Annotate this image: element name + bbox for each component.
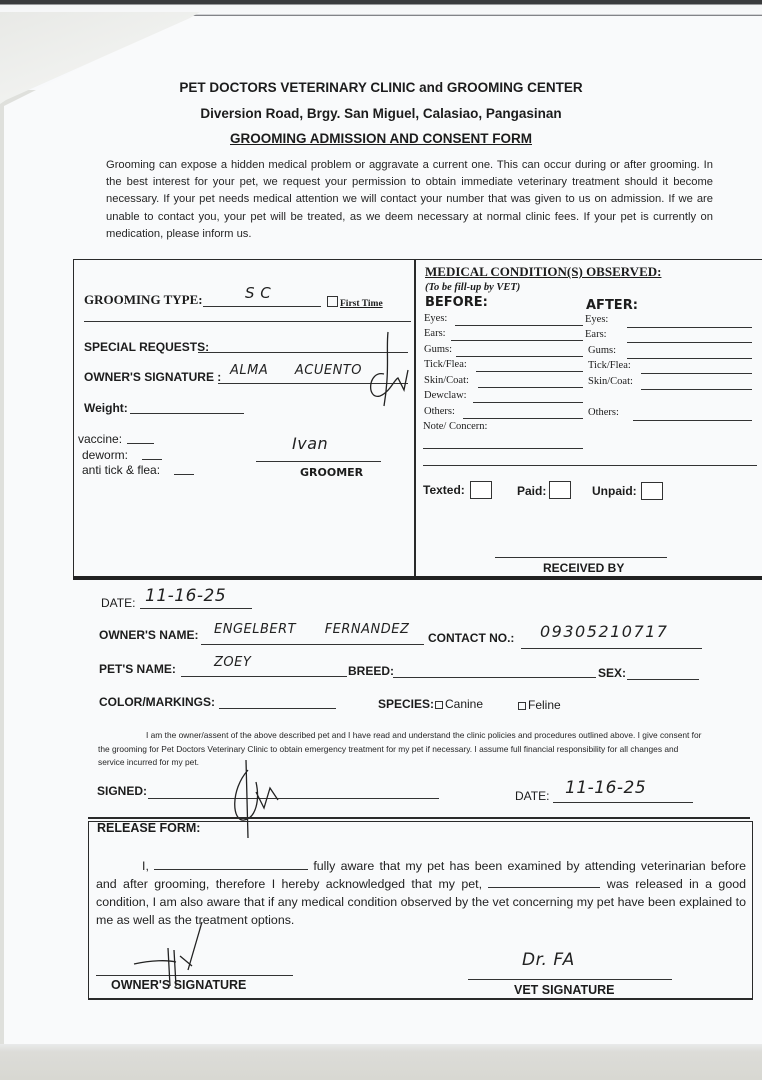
groomer-field[interactable]: Ivan [292,434,328,453]
release-top-rule [88,817,750,819]
intro-paragraph: Grooming can expose a hidden medical pro… [106,157,713,243]
release-prefix: I, [142,859,149,873]
signed-label: SIGNED: [97,784,147,798]
before-field-label: Others: [424,406,455,417]
owner-name-field[interactable]: ENGELBERT FERNANDEZ [214,622,409,637]
after-field-input[interactable] [627,358,752,359]
contact-line [521,648,702,649]
medical-title: MEDICAL CONDITION(S) OBSERVED: [425,264,661,280]
received-by-line[interactable] [495,557,667,558]
release-paragraph: I, fully aware that my pet has been exam… [96,857,746,929]
species-feline-option[interactable]: Feline [518,698,561,712]
groomer-label: GROOMER [300,466,363,479]
contact-field[interactable]: 09305210717 [540,622,668,641]
form-title: GROOMING ADMISSION AND CONSENT FORM [0,131,762,146]
paid-checkbox[interactable] [549,481,571,499]
before-heading: BEFORE: [425,295,488,310]
after-field-label: Others: [588,407,619,418]
weight-label: Weight: [84,401,128,415]
color-field[interactable] [219,708,336,709]
checkbox-icon [518,702,526,710]
after-heading: AFTER: [586,298,638,313]
vaccine-label: vaccine: [78,432,122,446]
first-time-label: First Time [340,299,383,309]
scanner-bottom-edge [0,1044,762,1080]
color-label: COLOR/MARKINGS: [99,695,215,709]
clinic-address: Diversion Road, Brgy. San Miguel, Calasi… [0,106,762,121]
special-requests-label: SPECIAL REQUESTS: [84,340,209,354]
species-canine-option[interactable]: Canine [435,697,483,711]
after-field-input[interactable] [633,420,752,421]
before-field-label: Gums: [424,344,452,355]
owner-name-label: OWNER'S NAME: [99,628,199,642]
first-time-checkbox[interactable]: First Time [327,296,383,309]
before-field-label: Skin/Coat: [424,375,469,386]
sex-field[interactable] [627,679,699,680]
release-pet-name-field[interactable] [488,876,600,888]
after-field-label: Gums: [588,345,616,356]
before-field-input[interactable] [456,356,583,357]
consent-date-field[interactable]: 11-16-25 [565,778,646,798]
release-title: RELEASE FORM: [97,821,200,835]
after-field-input[interactable] [627,342,752,343]
section-divider [414,259,416,576]
note-concern-label: Note/ Concern: [423,421,487,432]
groomer-line [256,461,381,462]
before-field-input[interactable] [473,402,583,403]
sex-label: SEX: [598,666,626,680]
before-field-label: Dewclaw: [424,390,467,401]
weight-field[interactable] [130,413,244,414]
consent-paragraph: I am the owner/assent of the above descr… [98,729,704,770]
after-field-label: Eyes: [585,314,608,325]
signature-scribble-icon [360,330,410,410]
grooming-type-label: GROOMING TYPE: [84,292,203,308]
consent-date-label: DATE: [515,789,549,803]
checkbox-icon [435,701,443,709]
after-field-label: Skin/Coat: [588,376,633,387]
vet-signature-label: VET SIGNATURE [514,983,614,997]
after-field-input[interactable] [627,327,752,328]
unpaid-label: Unpaid: [592,484,637,498]
after-field-input[interactable] [641,373,752,374]
date-line [140,608,252,609]
texted-label: Texted: [423,483,465,497]
before-field-input[interactable] [478,387,583,388]
pet-name-field[interactable]: ZOEY [214,655,251,670]
owner-signature-field[interactable]: ALMA ACUENTO [230,363,362,378]
canine-label: Canine [445,697,483,711]
feline-label: Feline [528,698,561,712]
pet-name-label: PET'S NAME: [99,662,176,676]
checkbox-icon [327,296,338,307]
before-field-input[interactable] [463,418,583,419]
vet-signature-line [468,979,672,980]
date-field[interactable]: 11-16-25 [145,586,226,606]
before-field-input[interactable] [455,325,583,326]
clinic-name: PET DOCTORS VETERINARY CLINIC and GROOMI… [0,80,762,95]
date-label: DATE: [101,596,135,610]
consent-date-line [553,802,693,803]
owner-signature-label: OWNER'S SIGNATURE : [84,370,221,384]
note-line-2[interactable] [423,465,757,466]
deworm-label: deworm: [82,448,128,462]
anti-tick-field[interactable] [174,474,194,475]
before-field-label: Tick/Flea: [424,359,467,370]
medical-subtitle: (To be fill-up by VET) [425,282,520,293]
before-field-input[interactable] [476,371,583,372]
vet-signature-field[interactable]: Dr. FA [522,950,575,970]
release-owner-name-field[interactable] [154,858,308,870]
owner-name-line [201,644,424,645]
unpaid-checkbox[interactable] [641,482,663,500]
before-field-label: Eyes: [424,313,447,324]
pet-name-line [181,676,347,677]
deworm-field[interactable] [142,459,162,460]
release-owner-signature-label: OWNER'S SIGNATURE [111,978,246,992]
anti-tick-label: anti tick & flea: [82,463,160,477]
after-field-input[interactable] [641,389,752,390]
breed-label: BREED: [348,664,394,678]
species-label: SPECIES: [378,697,434,711]
grooming-type-line [203,306,321,307]
contact-label: CONTACT NO.: [428,631,514,645]
grooming-type-line-2 [84,321,411,322]
after-field-label: Ears: [585,329,607,340]
section-rule [73,576,762,579]
grooming-type-field[interactable]: S C [245,284,271,302]
paid-label: Paid: [517,484,546,498]
after-field-label: Tick/Flea: [588,360,631,371]
texted-checkbox[interactable] [470,481,492,499]
breed-field[interactable] [393,677,596,678]
consent-text: I am the owner/assent of the above descr… [98,730,701,767]
vaccine-field[interactable] [127,443,154,444]
received-by-label: RECEIVED BY [543,561,624,575]
note-line-1[interactable] [423,448,583,449]
before-field-label: Ears: [424,328,446,339]
before-field-input[interactable] [451,340,583,341]
